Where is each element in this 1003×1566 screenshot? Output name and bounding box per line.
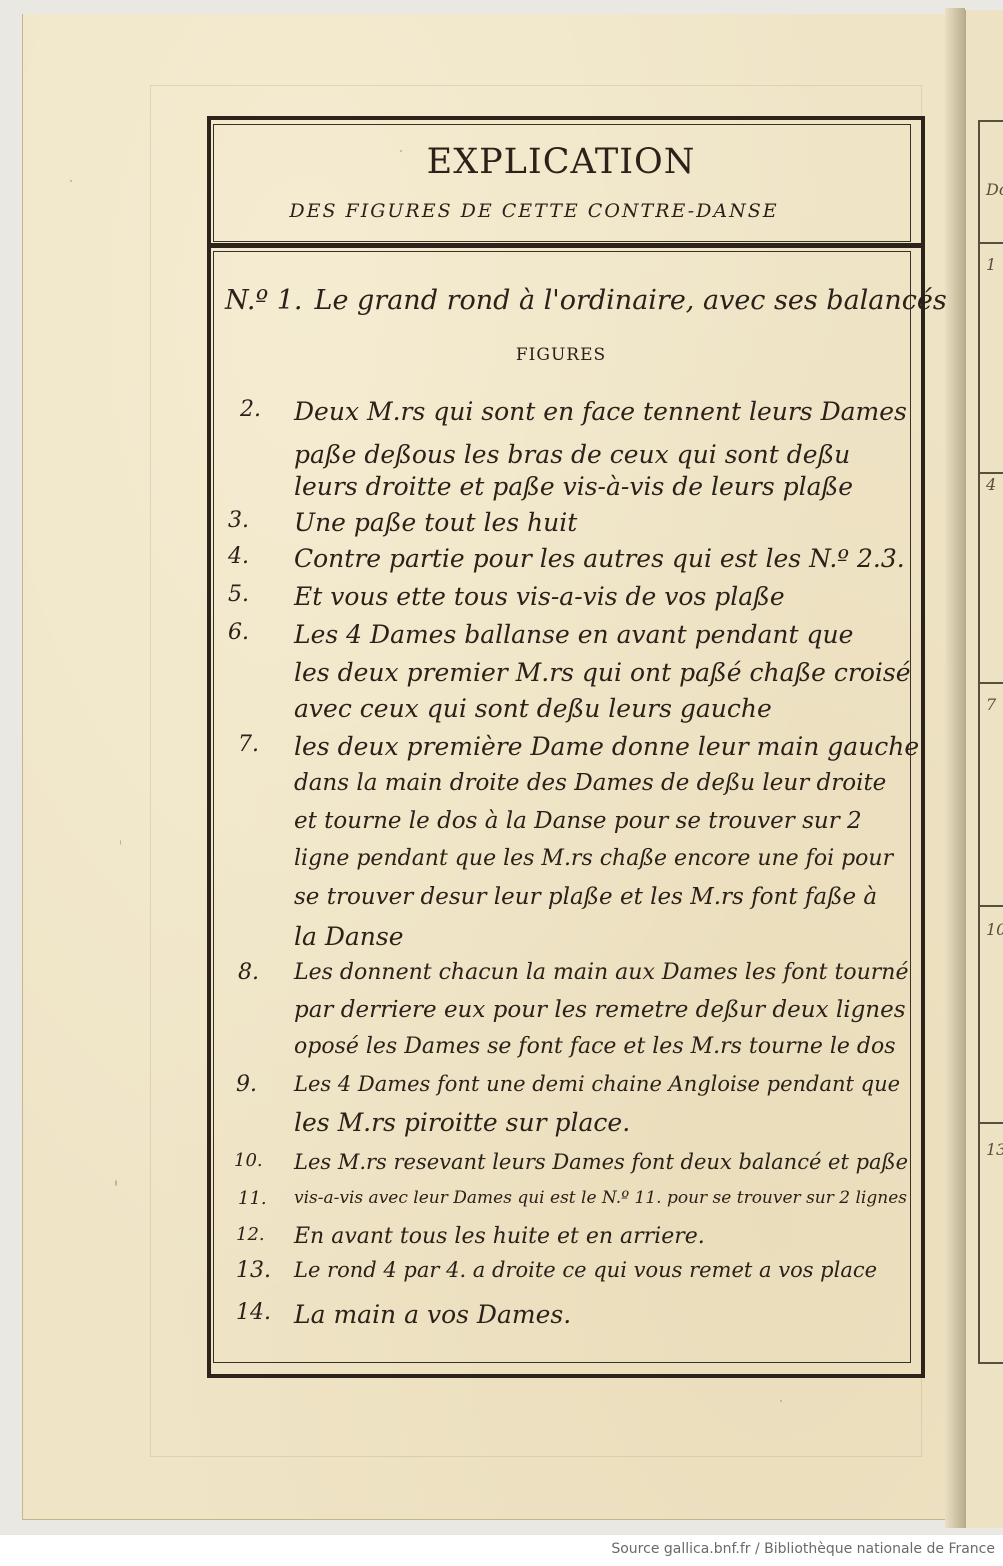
figure-text: ligne pendant que les M.rs chaße encore … bbox=[294, 846, 893, 871]
figure-text: oposé les Dames se font face et les M.rs… bbox=[294, 1034, 896, 1059]
figure-number: 5. bbox=[228, 582, 283, 607]
figure-number: 9. bbox=[236, 1072, 291, 1097]
figure-text: Les donnent chacun la main aux Dames les… bbox=[294, 960, 908, 985]
figure-number: 13. bbox=[236, 1258, 291, 1283]
figure-text: Les M.rs resevant leurs Dames font deux … bbox=[294, 1150, 908, 1174]
figure-number: 6. bbox=[228, 620, 283, 645]
figure-text: Et vous ette tous vis-a-vis de vos plaße bbox=[294, 582, 785, 611]
figure-number: 2. bbox=[240, 397, 295, 422]
adjacent-page-divider bbox=[978, 905, 1003, 907]
adjacent-page-frame bbox=[978, 120, 1003, 1364]
section-heading: FIGURES bbox=[213, 345, 909, 365]
figure-text: Une paße tout les huit bbox=[294, 508, 577, 537]
figure-number: N.º 1. bbox=[225, 285, 303, 316]
figure-text: les M.rs piroitte sur place. bbox=[294, 1108, 630, 1137]
figure-text: paße deßous les bras de ceux qui sont de… bbox=[294, 440, 850, 469]
figure-text: Les 4 Dames ballanse en avant pendant qu… bbox=[294, 620, 853, 649]
figure-text: les deux première Dame donne leur main g… bbox=[294, 732, 919, 761]
adjacent-page-divider bbox=[978, 472, 1003, 474]
frame-divider bbox=[207, 243, 925, 248]
figure-text: La main a vos Dames. bbox=[294, 1300, 571, 1329]
figure-number: 3. bbox=[228, 508, 283, 533]
figure-text: les deux premier M.rs qui ont paßé chaße… bbox=[294, 658, 911, 687]
figure-text: vis-a-vis avec leur Dames qui est le N.º… bbox=[294, 1188, 907, 1208]
figure-text: leurs droitte et paße vis-à-vis de leurs… bbox=[294, 472, 853, 501]
source-credit: Source gallica.bnf.fr / Bibliothèque nat… bbox=[611, 1541, 995, 1557]
figure-number: 10. bbox=[234, 1150, 289, 1171]
adjacent-page-divider bbox=[978, 242, 1003, 244]
figure-text: se trouver desur leur plaße et les M.rs … bbox=[294, 884, 877, 910]
figure-number: 4. bbox=[228, 544, 283, 569]
adjacent-page-label: 4 bbox=[986, 475, 996, 494]
figure-number: 11. bbox=[238, 1188, 293, 1209]
page-title: EXPLICATION bbox=[213, 142, 909, 182]
first-figure-line: N.º 1.Le grand rond à l'ordinaire, avec … bbox=[225, 285, 905, 316]
adjacent-page-divider bbox=[978, 1122, 1003, 1124]
figure-text: Le grand rond à l'ordinaire, avec ses ba… bbox=[315, 285, 947, 316]
source-footer: Source gallica.bnf.fr / Bibliothèque nat… bbox=[0, 1535, 1003, 1566]
figure-number: 14. bbox=[236, 1300, 291, 1325]
figure-text: Contre partie pour les autres qui est le… bbox=[294, 544, 905, 573]
adjacent-page-label: 13 bbox=[986, 1140, 1003, 1159]
adjacent-page: Do 1 4 7 10 13 bbox=[965, 10, 1003, 1528]
figure-text: En avant tous les huite et en arriere. bbox=[294, 1224, 705, 1249]
adjacent-page-label: 1 bbox=[986, 255, 996, 274]
adjacent-page-label: 7 bbox=[986, 695, 996, 714]
figure-text: Deux M.rs qui sont en face tennent leurs… bbox=[294, 397, 907, 426]
figure-text: dans la main droite des Dames de deßu le… bbox=[294, 770, 886, 796]
adjacent-page-label: Do bbox=[986, 180, 1003, 199]
figure-text: Le rond 4 par 4. a droite ce qui vous re… bbox=[294, 1258, 877, 1282]
figure-text: Les 4 Dames font une demi chaine Anglois… bbox=[294, 1072, 900, 1096]
figure-text: par derriere eux pour les remetre deßur … bbox=[294, 997, 906, 1023]
figure-number: 7. bbox=[238, 732, 293, 757]
figure-text: la Danse bbox=[294, 922, 404, 951]
figure-text: et tourne le dos à la Danse pour se trou… bbox=[294, 808, 862, 834]
adjacent-page-divider bbox=[978, 682, 1003, 684]
figure-number: 12. bbox=[236, 1224, 291, 1245]
book-gutter bbox=[945, 8, 965, 1528]
figure-text: avec ceux qui sont deßu leurs gauche bbox=[294, 694, 772, 723]
page-subtitle: DES FIGURES DE CETTE CONTRE-DANSE bbox=[213, 200, 855, 222]
figure-number: 8. bbox=[238, 960, 293, 985]
adjacent-page-label: 10 bbox=[986, 920, 1003, 939]
